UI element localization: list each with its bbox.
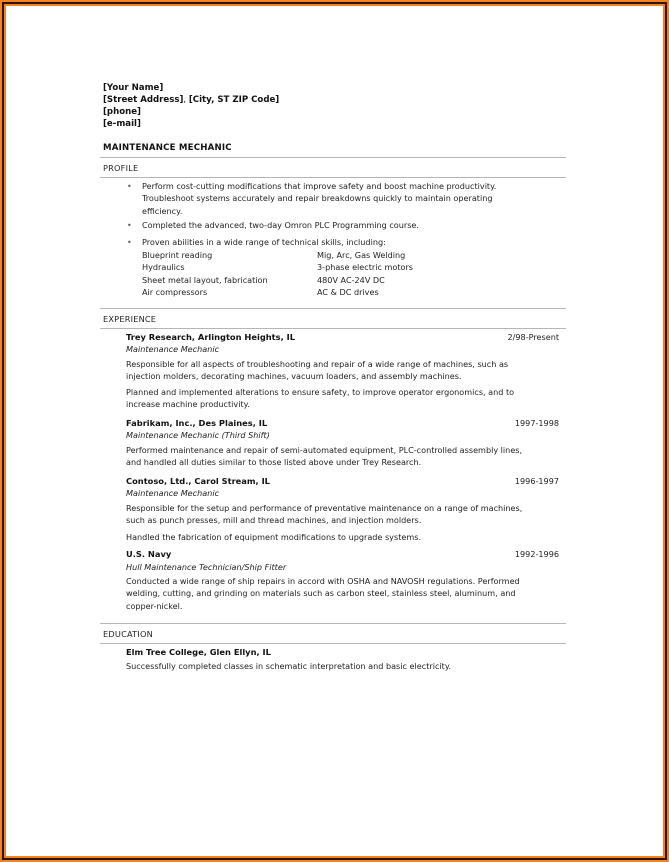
profile-bullet-1-line-2: Troubleshoot systems accurately and repa…	[142, 192, 496, 204]
divider	[100, 643, 566, 644]
paragraph-line: copper-nickel.	[126, 600, 520, 612]
job-paragraph: Responsible for the setup and performanc…	[126, 502, 522, 527]
skills-left-column: Blueprint reading Hydraulics Sheet metal…	[142, 249, 268, 299]
job-company: U.S. Navy	[126, 549, 171, 559]
education-description: Successfully completed classes in schema…	[126, 660, 451, 672]
skill-item: 480V AC-24V DC	[317, 274, 413, 286]
contact-name: [Your Name]	[103, 83, 163, 93]
profile-bullet-1-line-3: efficiency.	[142, 205, 496, 217]
job-title: Maintenance Mechanic (Third Shift)	[126, 430, 270, 440]
paragraph-line: Performed maintenance and repair of semi…	[126, 444, 522, 456]
paragraph-line: such as punch presses, mill and thread m…	[126, 514, 522, 526]
job-paragraph: Responsible for all aspects of troublesh…	[126, 358, 508, 383]
paragraph-line: increase machine productivity.	[126, 398, 514, 410]
profile-bullet-1-line-1: Perform cost-cutting modifications that …	[142, 180, 496, 192]
paragraph-line: Conducted a wide range of ship repairs i…	[126, 575, 520, 587]
paragraph-line: and handled all duties similar to those …	[126, 456, 522, 468]
paragraph-line: injection molders, decorating machines, …	[126, 370, 508, 382]
skill-item: Air compressors	[142, 286, 268, 298]
contact-address-line: [Street Address], [City, ST ZIP Code]	[103, 95, 279, 105]
section-heading-experience: EXPERIENCE	[103, 314, 156, 324]
divider	[100, 177, 566, 178]
education-school: Elm Tree College, Glen Ellyn, IL	[126, 647, 271, 657]
job-dates: 1997-1998	[460, 418, 559, 428]
contact-city: [City, ST ZIP Code]	[189, 95, 279, 105]
job-dates: 1992-1996	[460, 549, 559, 559]
divider	[100, 328, 566, 329]
profile-bullet-3: Proven abilities in a wide range of tech…	[142, 236, 386, 248]
job-dates: 2/98-Present	[460, 332, 559, 342]
job-company: Fabrikam, Inc., Des Plaines, IL	[126, 418, 267, 428]
profile-bullet-2: Completed the advanced, two-day Omron PL…	[142, 219, 419, 231]
paragraph-line: welding, cutting, and grinding on materi…	[126, 587, 520, 599]
job-title: Maintenance Mechanic	[126, 344, 219, 354]
paragraph-line: Handled the fabrication of equipment mod…	[126, 531, 421, 543]
profile-bullet-1: Perform cost-cutting modifications that …	[142, 180, 496, 217]
paragraph-line: Responsible for the setup and performanc…	[126, 502, 522, 514]
skill-item: Blueprint reading	[142, 249, 268, 261]
contact-phone: [phone]	[103, 107, 141, 117]
section-heading-profile: PROFILE	[103, 163, 138, 173]
objective-title: MAINTENANCE MECHANIC	[103, 143, 232, 153]
bullet-icon: •	[127, 221, 132, 230]
skills-right-column: Mig, Arc, Gas Welding 3-phase electric m…	[317, 249, 413, 299]
paragraph-line: Planned and implemented alterations to e…	[126, 386, 514, 398]
job-paragraph: Performed maintenance and repair of semi…	[126, 444, 522, 469]
skill-item: Sheet metal layout, fabrication	[142, 274, 268, 286]
job-paragraph: Planned and implemented alterations to e…	[126, 386, 514, 411]
job-company: Trey Research, Arlington Heights, IL	[126, 332, 295, 342]
paragraph-line: Responsible for all aspects of troublesh…	[126, 358, 508, 370]
divider	[100, 623, 566, 624]
contact-email: [e-mail]	[103, 119, 141, 129]
skill-item: AC & DC drives	[317, 286, 413, 298]
bullet-icon: •	[127, 182, 132, 191]
divider	[100, 157, 566, 158]
contact-street: [Street Address]	[103, 95, 183, 105]
bullet-icon: •	[127, 238, 132, 247]
skill-item: Mig, Arc, Gas Welding	[317, 249, 413, 261]
job-dates: 1996-1997	[460, 476, 559, 486]
skill-item: Hydraulics	[142, 261, 268, 273]
job-title: Maintenance Mechanic	[126, 488, 219, 498]
job-paragraph: Handled the fabrication of equipment mod…	[126, 531, 421, 543]
job-title: Hull Maintenance Technician/Ship Fitter	[126, 562, 286, 572]
resume-document: [Your Name] [Street Address], [City, ST …	[0, 0, 669, 862]
job-company: Contoso, Ltd., Carol Stream, IL	[126, 476, 270, 486]
section-heading-education: EDUCATION	[103, 629, 153, 639]
skill-item: 3-phase electric motors	[317, 261, 413, 273]
job-paragraph: Conducted a wide range of ship repairs i…	[126, 575, 520, 612]
divider	[100, 308, 566, 309]
